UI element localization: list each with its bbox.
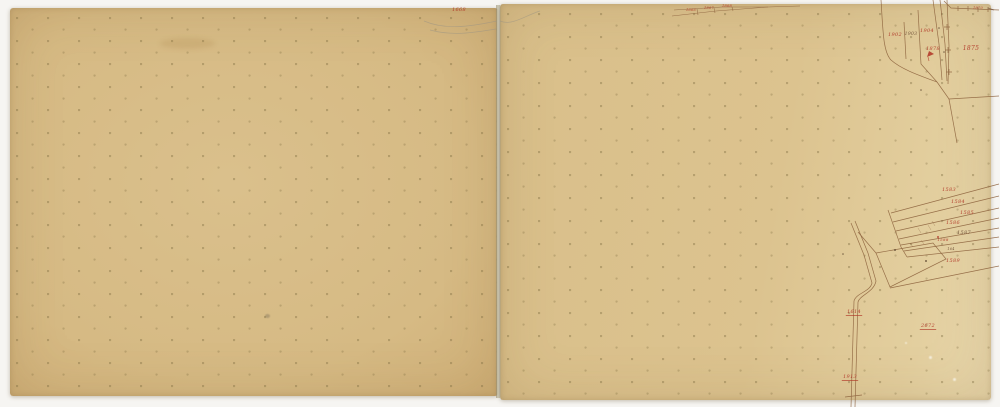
map-sheet-left — [10, 8, 498, 396]
map-scan: 1668186618671868187019021903190418781875… — [0, 0, 1000, 407]
survey-dot-grid — [10, 8, 497, 396]
paper-stain — [265, 314, 270, 318]
paper-fleck — [905, 342, 907, 344]
sheet-seam — [496, 5, 500, 398]
paper-fleck — [929, 356, 932, 359]
paper-stain — [160, 38, 215, 49]
map-sheet-right — [500, 4, 991, 400]
survey-dot-grid — [501, 4, 991, 400]
paper-fleck — [953, 378, 956, 381]
